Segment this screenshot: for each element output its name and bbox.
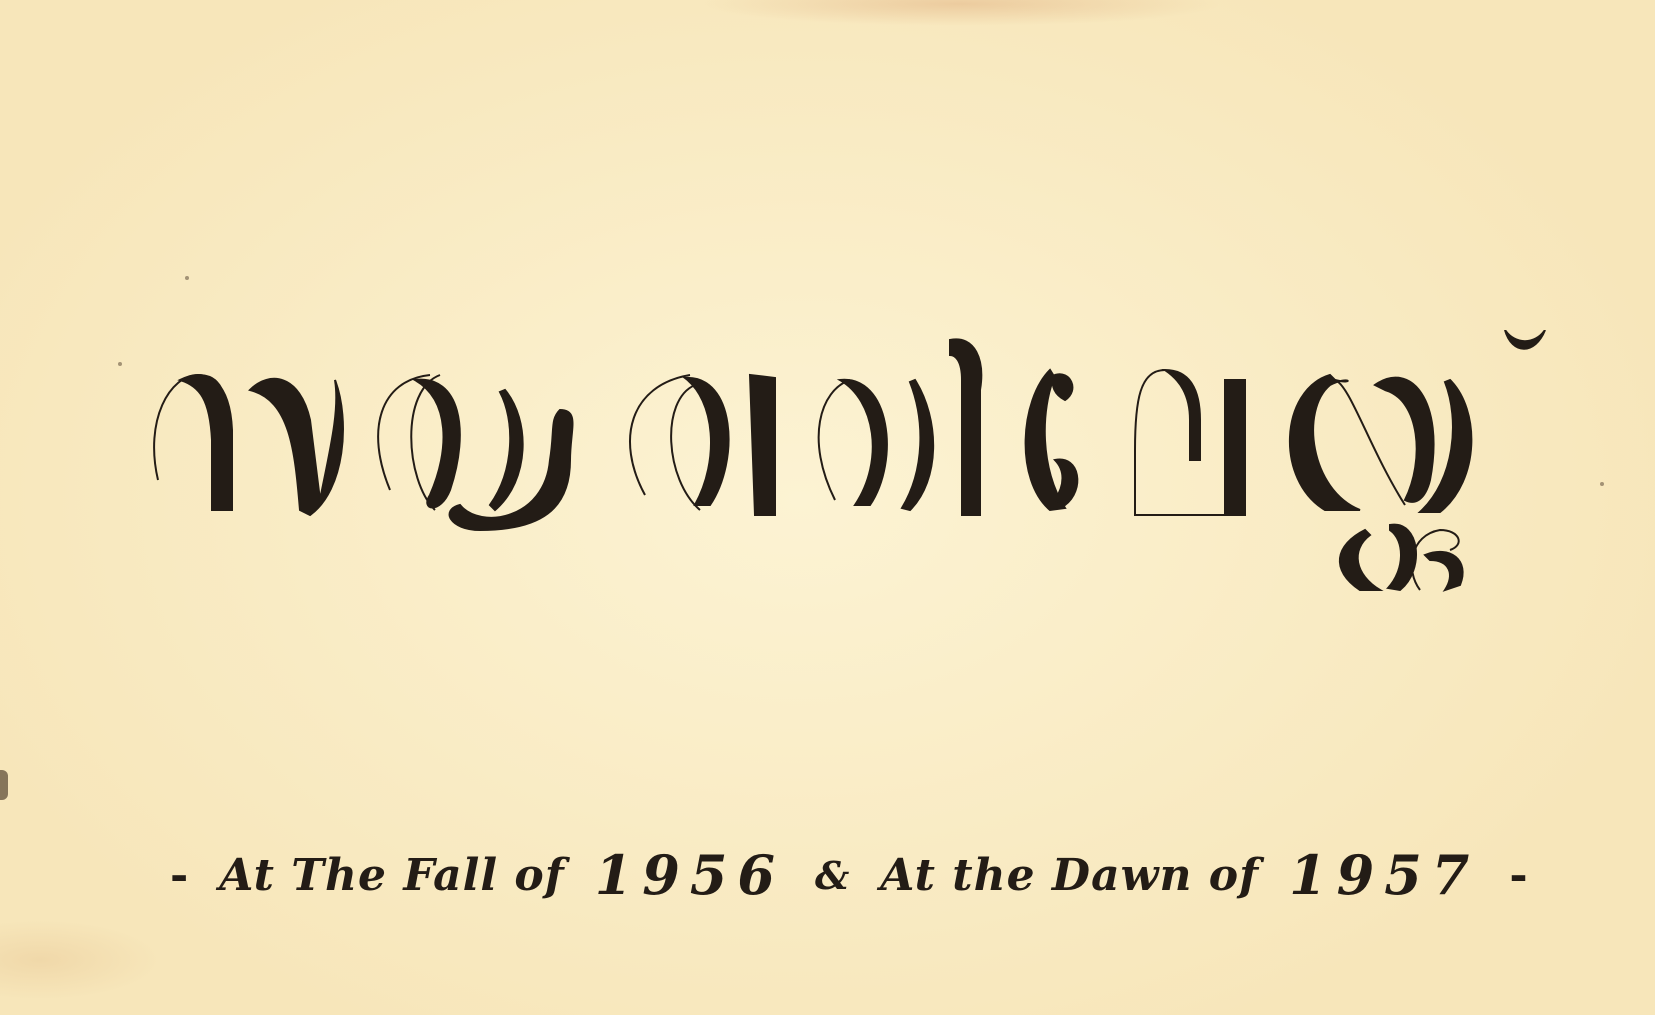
malayalam-title: സത്യത്തിലേക്ക്: [150, 330, 1570, 610]
subtitle-part2: At the Dawn of: [880, 850, 1259, 901]
leading-dash: -: [170, 850, 189, 901]
calligraphy-title-drawing: [150, 330, 1570, 610]
trailing-dash: -: [1509, 850, 1528, 901]
paper-speck: [118, 362, 122, 366]
manuscript-page: സത്യത്തിലേക്ക്: [0, 0, 1655, 1015]
paper-speck: [1600, 482, 1604, 486]
ampersand: &: [815, 853, 850, 898]
edge-stain: [0, 770, 8, 800]
subtitle-part1: At The Fall of: [219, 850, 564, 901]
year-1957: 1957: [1289, 843, 1479, 907]
year-1956: 1956: [595, 843, 785, 907]
paper-speck: [185, 276, 189, 280]
subtitle-line: - At The Fall of 1956 & At the Dawn of 1…: [170, 835, 1530, 915]
